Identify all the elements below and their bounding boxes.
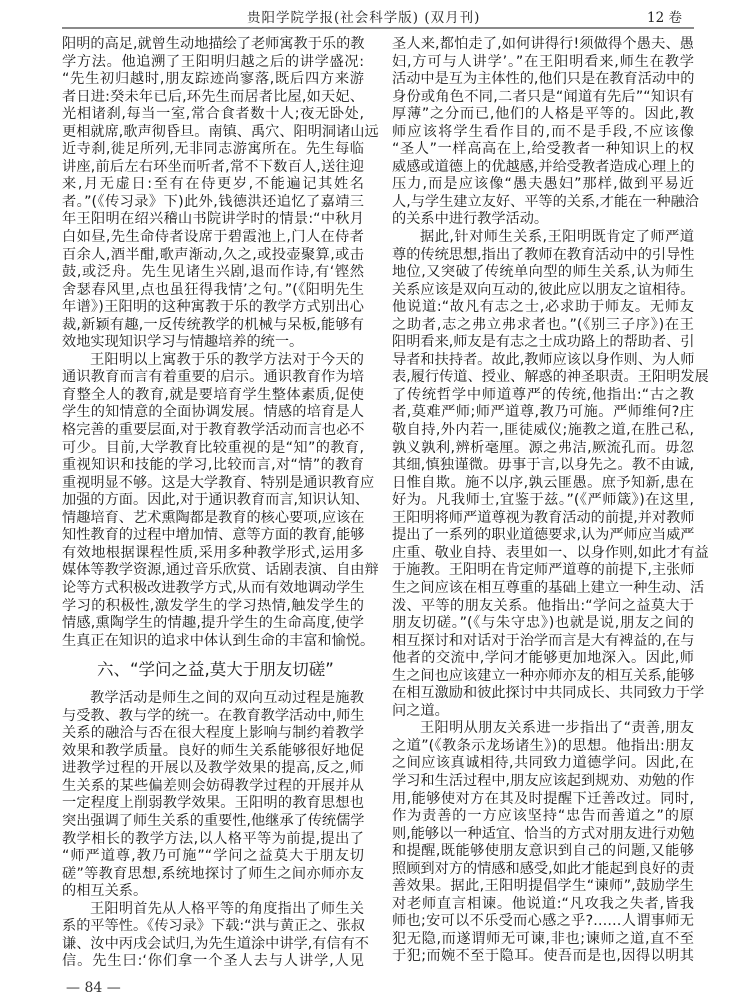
text-line: 相互探讨和对话对于治学而言是大有裨益的,在与 [392, 633, 694, 651]
text-line: 关系应该是双向互动的,彼此应以朋友之谊相待。 [392, 282, 694, 300]
text-line: 尊的传统思想,指出了教师在教育活动中的引导性 [392, 247, 694, 265]
text-line: 白如昼,先生命侍者设席于碧霞池上,门人在侍者 [62, 229, 364, 247]
text-line: 师也;安可以不乐受而心感之乎?……人谓事师无 [392, 913, 694, 931]
text-line: 重视知识和技能的学习,比较而言,对“情”的教育 [62, 457, 364, 475]
text-line: 在相互激励和彼此探讨中共同成长、共同致力于学 [392, 685, 694, 703]
text-line: 据此,针对师生关系,王阳明既肯定了师严道 [392, 229, 694, 247]
text-line: 信。先生曰:‘你们拿一个圣人去与人讲学,人见 [62, 953, 364, 971]
text-line: 年谱》)王阳明的这种寓教于乐的教学方式别出心 [62, 299, 364, 317]
text-line: 与受教、教与学的统一。在教育教学活动中,师生 [62, 708, 364, 726]
journal-title: 贵阳学院学报(社会科学版) (双月刊) [247, 6, 480, 26]
text-line: 一定程度上削弱教学效果。王阳明的教育思想也 [62, 795, 364, 813]
text-line: 师应该将学生看作目的,而不是手段,不应该像 [392, 124, 694, 142]
left-column: 阳明的高足,就曾生动地描绘了老师寓教于乐的教学方法。他追溯了王阳明归越之后的讲学… [62, 36, 364, 971]
text-line: “先生初归越时,朋友踪迹尚寥落,既后四方来游 [62, 71, 364, 89]
paragraph: 王阳明首先从人格平等的角度指出了师生关系的平等性。《传习录》下载:“洪与黄正之、… [62, 901, 364, 971]
text-line: 之助者,志之弗立弗求者也。”(《别三子序》)在王 [392, 317, 694, 335]
text-line: 泼、平等的朋友关系。他指出:“学问之益莫大于 [392, 598, 694, 616]
text-line: 阳明看来,师友是有志之士成功路上的帮助者、引 [392, 334, 694, 352]
text-line: 讲座,前后左右环坐而听者,常不下数百人,送往迎 [62, 159, 364, 177]
text-line: 对老师直言相谏。他说道:“凡攻我之失者,皆我 [392, 896, 694, 914]
text-line: 妇,方可与人讲学’。”在王阳明看来,师生在教学 [392, 54, 694, 72]
text-line: 的相互关系。 [62, 883, 364, 901]
text-line: 学习的积极性,激发学生的学习热情,触发学生的 [62, 598, 364, 616]
text-line: 王阳明首先从人格平等的角度指出了师生关 [62, 901, 364, 919]
right-column: 圣人来,都怕走了,如何讲得行!须做得个愚夫、愚妇,方可与人讲学’。”在王阳明看来… [392, 36, 694, 966]
text-line: 他者的交流中,学问才能够更加地深入。因此,师 [392, 650, 694, 668]
text-line: 者日进:癸未年已后,环先生而居者比屋,如天妃、 [62, 89, 364, 107]
paragraph: 教学活动是师生之间的双向互动过程是施教与受教、教与学的统一。在教育教学活动中,师… [62, 690, 364, 901]
text-line: 其细,慎独谨微。毋事于言,以身先之。教不由诚, [392, 457, 694, 475]
text-line: 之间应该真诚相待,共同致力道德学问。因此,在 [392, 755, 694, 773]
text-line: 敬自持,外内若一,匪徒威仪;施教之道,在胜己私, [392, 422, 694, 440]
text-line: 百余人,酒半酣,歌声渐动,久之,或投壶聚算,或击 [62, 247, 364, 265]
text-line: 阳明的高足,就曾生动地描绘了老师寓教于乐的教 [62, 36, 364, 54]
paragraph: 圣人来,都怕走了,如何讲得行!须做得个愚夫、愚妇,方可与人讲学’。”在王阳明看来… [392, 36, 694, 229]
text-line: 照顾到对方的情感和感受,如此才能起到良好的责 [392, 861, 694, 879]
text-line: 系的平等性。《传习录》下载:“洪与黄正之、张叔 [62, 918, 364, 936]
text-line: 于施教。王阳明在肯定师严道尊的前提下,主张师 [392, 562, 694, 580]
section-heading: 六、“学问之益,莫大于朋友切磋” [62, 650, 364, 690]
text-line: 鼓,或泛舟。先生见诸生兴剧,退而作诗,有‘铿然 [62, 264, 364, 282]
text-line: 更相就席,歌声彻昏旦。南镇、禹穴、阳明洞诸山远 [62, 124, 364, 142]
text-line: 格完善的重要层面,对于教育教学活动而言也必不 [62, 422, 364, 440]
text-line: 身份或角色不同,二者只是“闻道有先后”“知识有 [392, 89, 694, 107]
text-line: “师严道尊,教乃可施”“学问之益莫大于朋友切 [62, 848, 364, 866]
text-line: 者。”(《传习录》下)此外,钱德洪还追忆了嘉靖三 [62, 194, 364, 212]
page-number: — 84 — [66, 980, 121, 996]
text-line: 则,能够以一种适宜、恰当的方式对朋友进行劝勉 [392, 826, 694, 844]
text-line: 媒体等教学资源,通过音乐欣赏、话剧表演、自由辩 [62, 562, 364, 580]
text-line: 育整全人的教育,就是要培育学生整体素质,促使 [62, 387, 364, 405]
text-line: 学方法。他追溯了王阳明归越之后的讲学盛况: [62, 54, 364, 72]
text-line: 威感或道德上的优越感,并给受教者造成心理上的 [392, 159, 694, 177]
text-line: 王阳明将师严道尊视为教育活动的前提,并对教师 [392, 510, 694, 528]
text-line: 裁,新颖有趣,一反传统教学的机械与呆板,能够有 [62, 317, 364, 335]
text-line: 论等方式积极改进教学方式,从而有效地调动学生 [62, 580, 364, 598]
text-line: 教学相长的教学方法,以人格平等为前提,提出了 [62, 831, 364, 849]
text-line: 王阳明从朋友关系进一步指出了“责善,朋友 [392, 720, 694, 738]
text-line: 效地实现知识学习与情趣培养的统一。 [62, 334, 364, 352]
text-line: 和提醒,既能够使朋友意识到自己的问题,又能够 [392, 843, 694, 861]
text-line: 者,莫难严师;师严道尊,教乃可施。严师维何?庄 [392, 404, 694, 422]
text-line: 谦、汝中丙戌会试归,为先生道涂中讲学,有信有不 [62, 936, 364, 954]
text-line: 了传统哲学中师道尊严的传统,他指出:“古之教 [392, 387, 694, 405]
text-line: 生之间应该在相互尊重的基础上建立一种生动、活 [392, 580, 694, 598]
text-line: 生之间也应该建立一种亦师亦友的相互关系,能够 [392, 668, 694, 686]
text-line: 学生的知情意的全面协调发展。情感的培育是人 [62, 404, 364, 422]
header-rule [62, 27, 694, 29]
paragraph: 王阳明从朋友关系进一步指出了“责善,朋友之道”(《教条示龙场诸生》)的思想。他指… [392, 720, 694, 966]
text-line: 好为。凡我师士,宜鉴于兹。”(《严师箴》)在这里, [392, 492, 694, 510]
text-line: 之道”(《教条示龙场诸生》)的思想。他指出:朋友 [392, 738, 694, 756]
text-line: 日惟自欺。施不以序,孰云匪愚。庶予知新,患在 [392, 475, 694, 493]
text-line: 来,月无虚日:至有在侍更岁,不能遍记其姓名 [62, 176, 364, 194]
text-line: 导者和扶持者。故此,教师应该以身作则、为人师 [392, 352, 694, 370]
volume-label: 12 卷 [647, 6, 682, 26]
text-line: 他说道:“故凡有志之士,必求助于师友。无师友 [392, 299, 694, 317]
text-line: 近寺刹,徙足所列,无非同志游寓所在。先生每临 [62, 141, 364, 159]
text-line: 效果和教学质量。良好的师生关系能够很好地促 [62, 743, 364, 761]
text-line: 知性教育的过程中增加情、意等方面的教育,能够 [62, 527, 364, 545]
paragraph: 据此,针对师生关系,王阳明既肯定了师严道尊的传统思想,指出了教师在教育活动中的引… [392, 229, 694, 720]
text-line: 磋”等教育思想,系统地探讨了师生之间亦师亦友 [62, 866, 364, 884]
text-line: 庄重、敬业自持、表里如一、以身作则,如此才有益 [392, 545, 694, 563]
text-line: 学习和生活过程中,朋友应该起到规劝、劝勉的作 [392, 773, 694, 791]
text-line: 生真正在知识的追求中体认到生命的丰富和愉悦。 [62, 633, 364, 651]
text-line: 于犯;而婉不至于隐耳。使吾而是也,因得以明其 [392, 948, 694, 966]
text-line: 进教学过程的开展以及教学效果的提高,反之,师 [62, 760, 364, 778]
text-line: 厚薄”之分而已,他们的人格是平等的。因此,教 [392, 106, 694, 124]
running-header: 贵阳学院学报(社会科学版) (双月刊) 12 卷 [62, 4, 694, 26]
text-line: 地位,又突破了传统单向型的师生关系,认为师生 [392, 264, 694, 282]
text-line: 善效果。据此,王阳明提倡学生“谏师”,鼓励学生 [392, 878, 694, 896]
text-line: 情感,熏陶学生的情趣,提升学生的生命高度,使学 [62, 615, 364, 633]
text-line: 生关系的某些偏差则会妨碍教学过程的开展并从 [62, 778, 364, 796]
text-line: 问之道。 [392, 703, 694, 721]
text-line: “圣人”一样高高在上,给受教者一种知识上的权 [392, 141, 694, 159]
text-line: 提出了一系列的职业道德要求,认为严师应当威严 [392, 527, 694, 545]
text-line: 突出强调了师生关系的重要性,他继承了传统儒学 [62, 813, 364, 831]
text-line: 犯无隐,而遂谓师无可谏,非也;谏师之道,直不至 [392, 931, 694, 949]
text-line: 通识教育而言有着重要的启示。通识教育作为培 [62, 369, 364, 387]
text-line: 作为责善的一方应该坚持“忠告而善道之”的原 [392, 808, 694, 826]
text-line: 朋友切磋。”(《与朱守忠》)也就是说,朋友之间的 [392, 615, 694, 633]
text-line: 活动中是互为主体性的,他们只是在教育活动中的 [392, 71, 694, 89]
text-line: 王阳明以上寓教于乐的教学方法对于今天的 [62, 352, 364, 370]
text-line: 压力,而是应该像“愚夫愚妇”那样,做到平易近 [392, 176, 694, 194]
text-line: 表,履行传道、授业、解惑的神圣职责。王阳明发展 [392, 369, 694, 387]
text-line: 有效地根据课程性质,采用多种教学形式,运用多 [62, 545, 364, 563]
paragraph: 阳明的高足,就曾生动地描绘了老师寓教于乐的教学方法。他追溯了王阳明归越之后的讲学… [62, 36, 364, 352]
text-line: 重视明显不够。这是大学教育、特别是通识教育应 [62, 475, 364, 493]
text-line: 情趣培育、艺术熏陶都是教育的核心要项,应该在 [62, 510, 364, 528]
text-line: 舍瑟春风里,点也虽狂得我情’之句。”(《阳明先生 [62, 282, 364, 300]
paragraph: 王阳明以上寓教于乐的教学方法对于今天的通识教育而言有着重要的启示。通识教育作为培… [62, 352, 364, 650]
text-line: 可少。目前,大学教育比较重视的是“知”的教育, [62, 440, 364, 458]
text-line: 的关系中进行教学活动。 [392, 211, 694, 229]
text-line: 加强的方面。因此,对于通识教育而言,知识认知、 [62, 492, 364, 510]
text-line: 关系的融洽与否在很大程度上影响与制约着教学 [62, 725, 364, 743]
text-line: 用,能够使对方在其及时提醒下迁善改过。同时, [392, 791, 694, 809]
text-line: 圣人来,都怕走了,如何讲得行!须做得个愚夫、愚 [392, 36, 694, 54]
text-line: 年王阳明在绍兴稽山书院讲学时的情景:“中秋月 [62, 211, 364, 229]
text-line: 人,与学生建立友好、平等的关系,才能在一种融洽 [392, 194, 694, 212]
text-line: 教学活动是师生之间的双向互动过程是施教 [62, 690, 364, 708]
text-line: 孰义孰利,辨析毫厘。源之弗洁,厥流孔而。毋忽 [392, 440, 694, 458]
text-line: 光相诸刹,每当一室,常合食者数十人;夜无卧处, [62, 106, 364, 124]
